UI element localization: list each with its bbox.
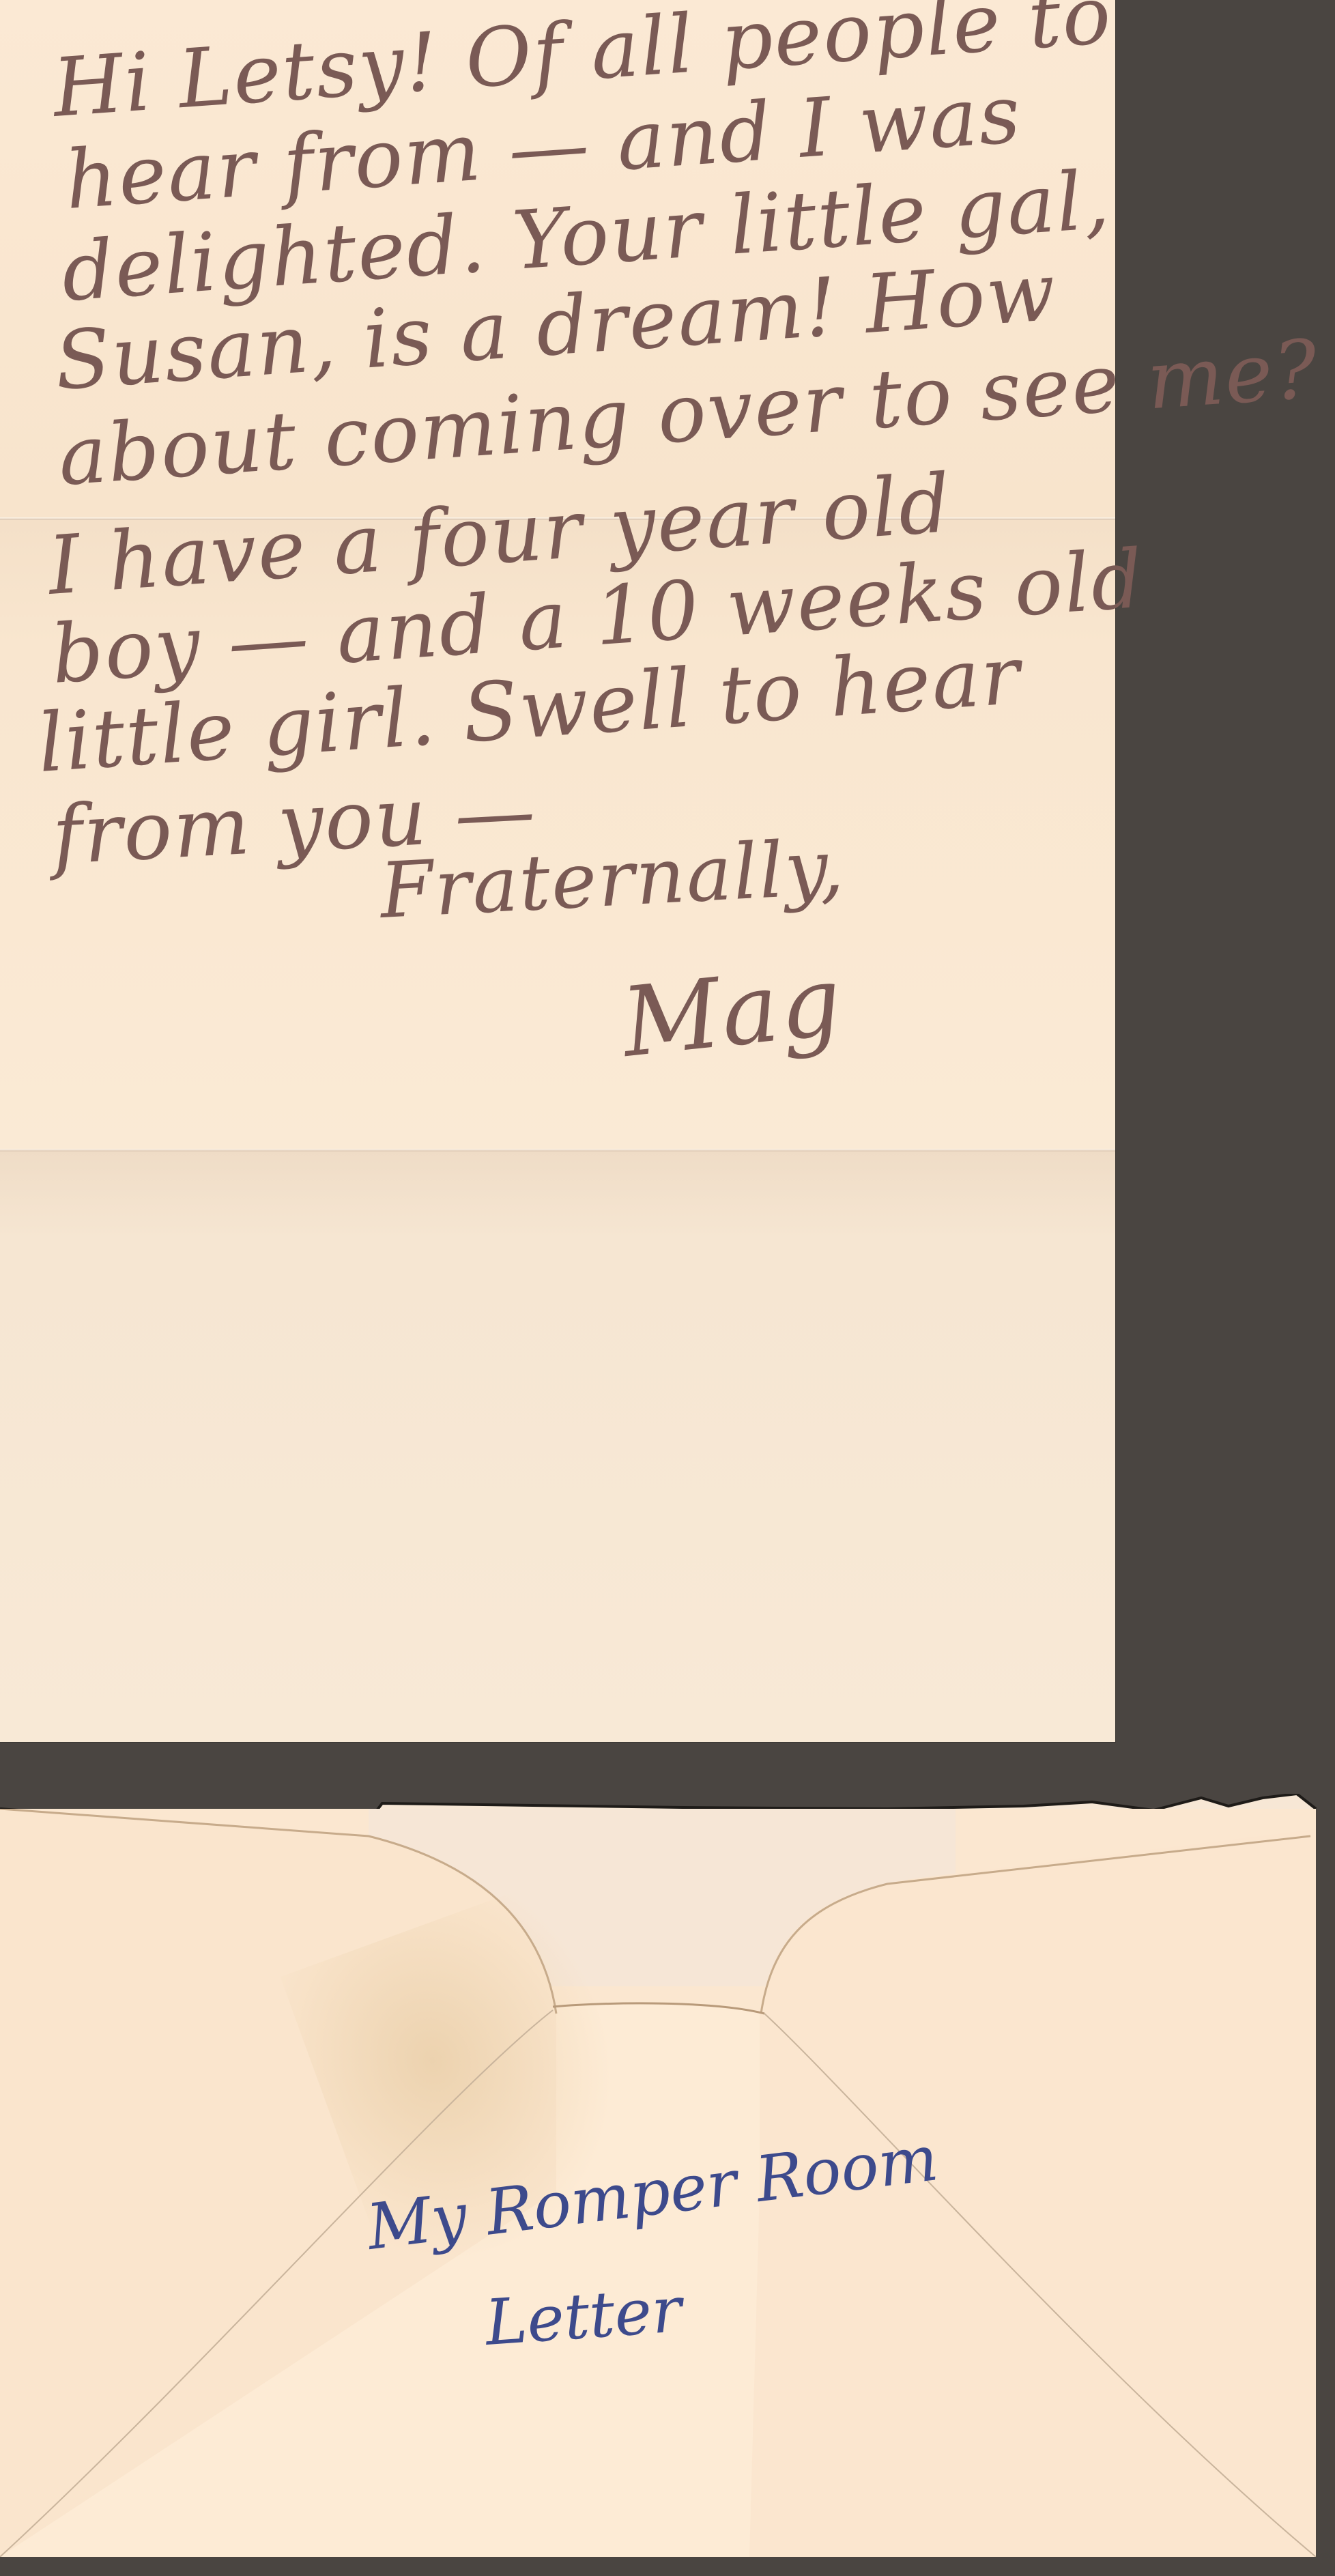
letter-fold-line-2: [0, 1149, 1115, 1151]
envelope-note-line-2: Letter: [483, 2273, 685, 2360]
letter-signature: Mag: [618, 954, 846, 1072]
envelope-back: My Romper Room Letter: [0, 1809, 1316, 2557]
letter-closing: Fraternally,: [378, 829, 846, 930]
handwritten-letter: Hi Letsy! Of all people to hear from — a…: [0, 0, 1115, 1742]
letter-bottom-panel: [0, 1150, 1115, 1742]
